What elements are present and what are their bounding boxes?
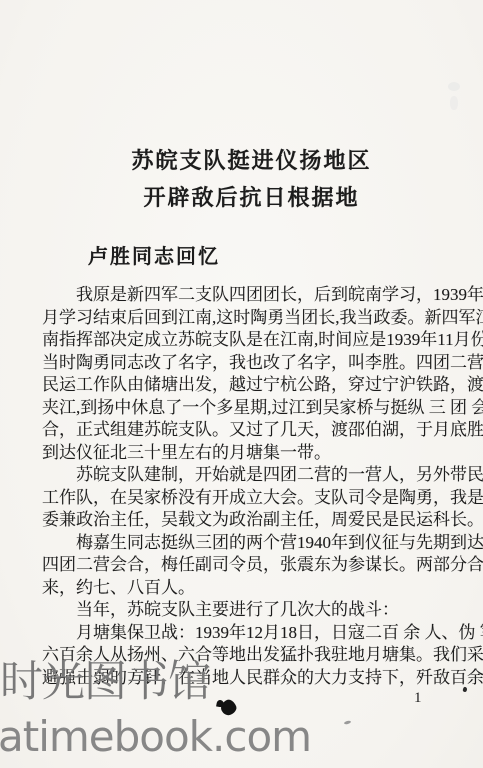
text-line: 当年，苏皖支队主要进行了几次大的战斗： (42, 599, 458, 622)
scan-speck (462, 686, 467, 692)
chapter-title-line-2: 开辟敌后抗日根据地 (20, 179, 483, 216)
text-line: 月学习结束后回到江南,这时陶勇当团长,我当政委。新四军江 (42, 307, 458, 330)
text-line: 民运工作队由储塘出发，越过宁杭公路，穿过宁沪铁路，渡过 (42, 374, 458, 397)
text-line: 工作队，在吴家桥没有开成立大会。支队司令是陶勇，我是政 (42, 487, 458, 510)
text-line: 梅嘉生同志挺纵三团的两个营1940年到仪征与先期到达的 (42, 532, 458, 555)
text-line: 苏皖支队建制，开始就是四团二营的一营人，另外带民运 (42, 464, 458, 487)
text-line: 来，约七、八百人。 (42, 577, 458, 600)
text-line: 四团二营会合，梅任副司令员，张震东为参谋长。两部分合起 (42, 554, 458, 577)
chapter-title-line-1: 苏皖支队挺进仪扬地区 (20, 142, 483, 179)
text-line: 南指挥部决定成立苏皖支队是在江南,时间应是1939年11月份。 (42, 329, 458, 352)
text-line: 合，正式组建苏皖支队。又过了几天，渡邵伯湖，于月底胜利 (42, 419, 458, 442)
watermark-site-url: atimebook.com (0, 714, 311, 760)
text-line: 当时陶勇同志改了名字，我也改了名字，叫李胜。四团二营和 (42, 352, 458, 375)
chapter-title: 苏皖支队挺进仪扬地区 开辟敌后抗日根据地 (20, 142, 483, 216)
scan-speck (344, 720, 352, 725)
text-line: 我原是新四军二支队四团团长，后到皖南学习，1939年10 (42, 284, 458, 307)
text-line: 月塘集保卫战：1939年12月18日，日寇二百 余 人、伪 军 (42, 622, 458, 645)
scanned-book-page: 苏皖支队挺进仪扬地区 开辟敌后抗日根据地 卢胜同志回忆 我原是新四军二支队四团团… (0, 0, 483, 768)
scan-smudge (450, 96, 458, 110)
text-line: 夹江,到扬中休息了一个多星期,过江到吴家桥与挺纵 三 团 会 (42, 397, 458, 420)
byline: 卢胜同志回忆 (88, 240, 220, 269)
scan-smudge (448, 82, 460, 91)
text-line: 委兼政治主任，吴载文为政治副主任，周爱民是民运科长。 (42, 509, 458, 532)
text-line: 到达仪征北三十里左右的月塘集一带。 (42, 442, 458, 465)
page-number: 1 (414, 690, 422, 707)
watermark-site-name: 时光图书馆 (0, 658, 210, 707)
article: 我原是新四军二支队四团团长，后到皖南学习，1939年10月学习结束后回到江南,这… (42, 284, 458, 689)
